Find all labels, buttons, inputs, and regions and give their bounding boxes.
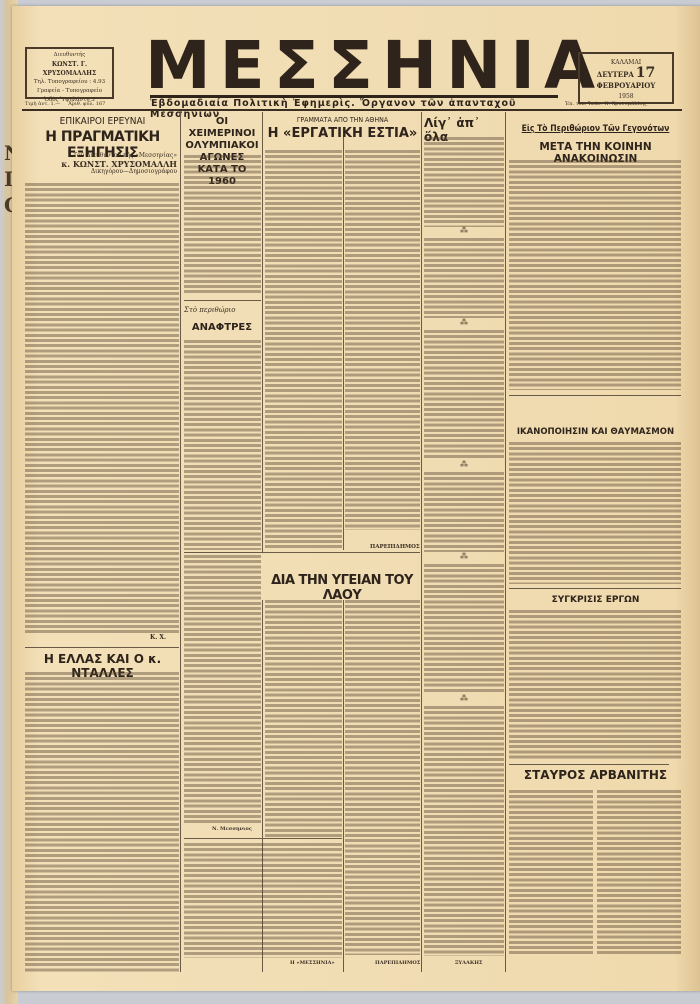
city: ΚΑΛΑΜΑΙ [580,58,672,68]
masthead-date-box: ΚΑΛΑΜΑΙ ΔΕΥΤΕΡΑ 17 ΦΕΒΡΟΥΑΡΙΟΥ 1958 [578,52,674,104]
date-line: ΔΕΥΤΕΡΑ 17 ΦΕΒΡΟΥΑΡΙΟΥ [580,68,672,92]
article-body-text [184,340,261,550]
column-rule [421,112,422,972]
article-body-text [509,442,681,584]
article-body-text [184,843,342,958]
article-body-text [345,600,420,955]
month: ΦΕΒΡΟΥΑΡΙΟΥ [597,81,656,90]
masthead-director-box: Διευθυντής ΚΩΝΣΤ. Γ. ΧΡΥΣΟΜΑΛΛΗΣ Τηλ. Τυ… [25,47,114,99]
article-signature: ΠΑΡΕΠΙΔΗΜΟΣ [370,544,420,550]
article-body-text [509,790,593,955]
masthead-bottom-rule [22,109,682,111]
article-body-text [265,600,342,838]
article-body-text [184,155,261,293]
article-headline: Η «ΕΡΓΑΤΙΚΗ ΕΣΤΙΑ» [265,126,420,141]
offices-label: Γραφεία - Τυπογραφείο [27,87,112,96]
column-rule [262,112,263,552]
article-signature: ΞΥΛΑΚΗΣ [455,960,482,966]
date-number: 17 [636,65,655,81]
asterism-separator: ⁂ [424,694,504,703]
article-body-text [184,555,261,823]
director-name: ΚΩΝΣΤ. Γ. ΧΡΥΣΟΜΑΛΛΗΣ [27,60,112,78]
director-label: Διευθυντής [27,51,112,60]
byline-role: Δικηγόρου—Δημοσιογράφου [25,168,177,176]
article-kicker: Εἰς Τὸ Περιθώριον Τῶν Γεγονότων [508,124,683,134]
article-body-text [597,790,681,955]
section-rule [25,647,179,648]
article-body-text [25,672,179,972]
article-signature: Η «ΜΕΣΣΗΝΙΑ» [290,960,335,966]
article-kicker: Στὸ περιθώριο [184,306,235,314]
article-body-text [424,137,504,227]
column-rule [505,112,506,972]
asterism-separator: ⁂ [424,318,504,327]
article-headline: ΑΝΑΦΤΡΕΣ [183,322,261,333]
article-headline: ΔΙΑ ΤΗΝ ΥΓΕΙΑΝ ΤΟΥ ΛΑΟΥ [262,573,422,603]
article-signature: ΠΑΡΕΠΙΔΗΜΟΣ [375,960,420,966]
section-rule [509,395,681,396]
column-rule [180,112,181,972]
article-byline: Τοῦ Διευθυντοῦ τῆς «Μεσσηνίας» κ. ΚΩΝΣΤ.… [25,152,177,176]
article-signature: Κ. Χ. [150,634,166,641]
phone-number: Τηλ. Τυπογραφείου : 4.93 [27,78,112,87]
masthead-title: ΜΕΣΣΗΝΙΑ [145,36,565,96]
byline-name: κ. ΚΩΝΣΤ. ΧΡΥΣΟΜΑΛΛΗ [25,160,177,168]
article-body-text [424,472,504,552]
weekday: ΔΕΥΤΕΡΑ [597,70,634,79]
section-rule [509,588,681,589]
issue-number: Ἀριθ. φύλ. 167 [68,101,105,107]
price-issue-line: Τιμὴ ἀντ. 1.— Ἀριθ. φύλ. 167 [25,101,105,107]
column-rule [343,135,344,550]
section-rule [509,764,669,765]
asterism-separator: ⁂ [424,552,504,561]
article-body-text [509,610,681,760]
article-body-text [25,183,179,635]
article-signature: Ν. Μεσσηνιος [212,826,252,832]
article-headline: ΣΥΓΚΡΙΣΙΣ ΕΡΓΩΝ [508,595,683,605]
price: Τιμὴ ἀντ. 1.— [25,101,60,107]
article-body-text [509,160,681,390]
asterism-separator: ⁂ [424,226,504,235]
article-body-text [424,564,504,694]
article-body-text [424,706,504,956]
article-body-text [265,150,342,548]
article-body-text [424,330,504,460]
asterism-separator: ⁂ [424,460,504,469]
section-rule [184,300,261,301]
article-kicker: ΓΡΑΜΜΑΤΑ ΑΠΟ ΤΗΝ ΑΘΗΝΑ [265,116,420,124]
section-rule [184,838,342,839]
article-kicker: ΕΠΙΚΑΙΡΟΙ ΕΡΕΥΝΑΙ [25,116,180,127]
article-body-text [424,238,504,318]
column-rule [343,600,344,972]
article-headline: ΙΚΑΝΟΠΟΙΗΣΙΝ ΚΑΙ ΘΑΥΜΑΣΜΟΝ [508,427,683,437]
printer-line: Ἐπ. τυπ. Ἰωάν. Ν. Χρυσομάλλης [565,101,647,107]
article-headline: ΣΤΑΥΡΟΣ ΑΡΒΑΝΙΤΗΣ [508,768,683,782]
section-rule [184,552,420,553]
article-body-text [345,150,420,530]
